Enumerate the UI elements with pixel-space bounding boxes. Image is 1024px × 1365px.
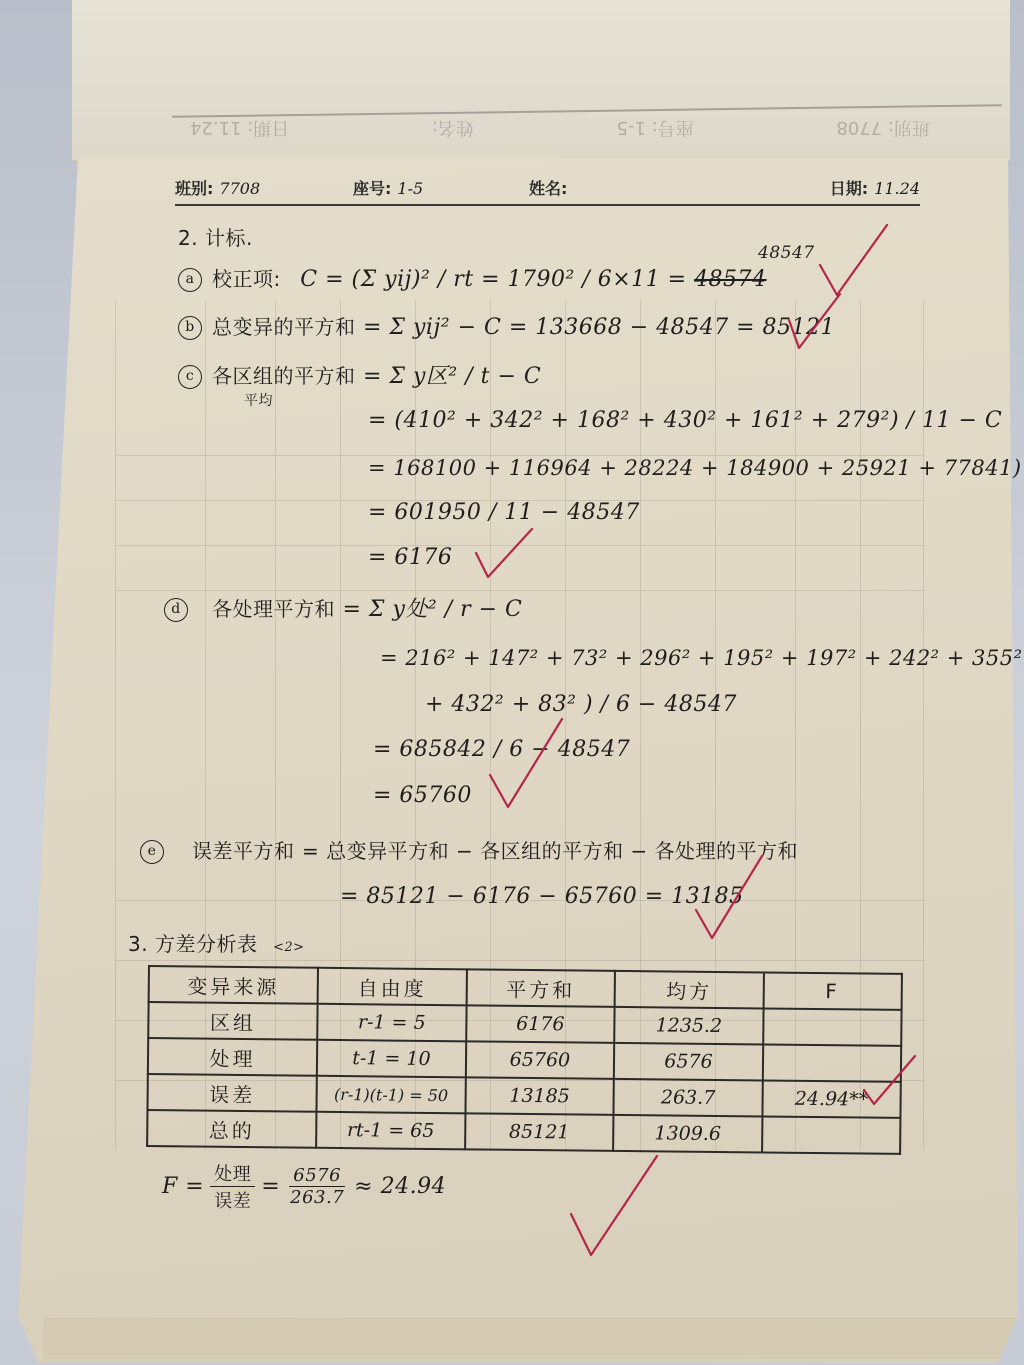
step-b-label: 总变异的平方和 [212,315,356,339]
step-c-line-1: = (410² + 342² + 168² + 430² + 161² + 27… [368,408,1002,433]
step-c-formula: = Σ y区² / t − C [363,364,541,389]
table-cell: t-1 = 10 [317,1040,466,1078]
name-field: 姓名: [529,176,729,199]
f-statistic-formula: F = 处理 误差 = 6576 263.7 ≈ 24.94 [162,1160,446,1213]
step-c-label: 各区组的平方和 [212,364,356,388]
seat-label: 座号: [353,176,391,199]
class-label: 班别: [175,176,213,199]
table-cell: 区组 [148,1002,318,1040]
anova-table: 变异来源 自由度 平方和 均方 F 区组 r-1 = 5 6176 1235.2… [146,965,903,1155]
page-header: 班别: 7708 座号: 1-5 姓名: 日期: 11.24 [175,170,920,206]
step-a-correction-term: a校正项: C = (Σ yij)² / rt = 1790² / 6×11 =… [178,263,767,292]
step-d-treatment-ss: d各处理平方和 = Σ y处² / r − C [164,592,522,623]
table-cell [763,1044,902,1081]
f-num-label: 处理 [210,1160,255,1187]
seat-value: 1-5 [397,179,423,198]
step-d-line-3: = 685842 / 6 − 48547 [373,737,630,762]
step-d-formula: = Σ y处² / r − C [343,597,523,622]
table-cell: 总的 [147,1110,317,1148]
name-label: 姓名: [529,176,567,199]
step-a-formula: C = (Σ yij)² / rt = 1790² / 6×11 = [300,267,686,292]
table-cell: 处理 [148,1038,318,1076]
step-b-total-ss: b总变异的平方和 = Σ yij² − C = 133668 − 48547 =… [178,311,835,340]
previous-page-header: 班别: 7708 座号: 1-5 姓名: 日期: 11.24 [190,116,930,142]
table-cell: 1309.6 [613,1115,762,1153]
section-3-title: 3. 方差分析表 <2> [128,928,305,957]
step-a-corrected-value: 48547 [758,243,815,263]
f-lhs: F = [162,1174,204,1199]
step-marker-d: d [164,598,188,622]
table-cell: rt-1 = 65 [316,1112,465,1150]
table-cell: 1235.2 [614,1007,763,1045]
table-cell: 65760 [466,1041,615,1079]
table-cell: 85121 [465,1113,614,1151]
table-cell: 误差 [147,1074,317,1112]
f-den-label: 误差 [210,1187,255,1213]
step-d-result: = 65760 [373,783,472,808]
column-header: 变异来源 [149,966,319,1004]
step-e-label: 误差平方和 [192,839,295,863]
column-header: 平方和 [466,969,615,1007]
bleed-through-text: 班别: 7708 座号: 1-5 姓名: 日期: 11.24 [72,0,1010,160]
step-d-label: 各处理平方和 [212,597,335,621]
step-c-line-3: = 601950 / 11 − 48547 [368,500,640,525]
step-c-block-ss: c各区组的平方和 = Σ y区² / t − C [178,359,541,390]
column-header: 自由度 [318,968,467,1006]
step-a-label: 校正项: [212,267,281,291]
class-value: 7708 [219,179,260,198]
table-cell: 6176 [466,1005,615,1043]
table-cell: r-1 = 5 [317,1004,466,1042]
class-field: 班别: 7708 [175,176,353,199]
table-cell: 24.94** [762,1080,901,1117]
seat-field: 座号: 1-5 [353,176,529,199]
step-c-side-note: 平均 [244,390,273,410]
step-e-formula: = 总变异平方和 − 各区组的平方和 − 各处理的平方和 [302,839,798,863]
step-e-line-1: = 85121 − 6176 − 65760 = 13185 [340,884,744,909]
step-c-result: = 6176 [368,545,452,570]
date-label: 日期: [830,176,868,199]
f-result: ≈ 24.94 [354,1174,446,1199]
step-marker-c: c [178,365,202,389]
step-marker-a: a [178,268,202,292]
step-d-line-2: + 432² + 83² ) / 6 − 48547 [425,692,737,717]
f-value-fraction: 6576 263.7 [286,1165,348,1208]
table-cell: 6576 [614,1043,763,1081]
table-cell: (r-1)(t-1) = 50 [317,1076,466,1114]
f-num-value: 6576 [289,1165,345,1187]
date-value: 11.24 [874,179,920,198]
date-field: 日期: 11.24 [830,176,920,199]
table-cell [763,1008,902,1045]
section-2-title: 2. 计标. [178,222,253,251]
previous-notebook-page: 班别: 7708 座号: 1-5 姓名: 日期: 11.24 [72,0,1010,162]
step-marker-e: e [140,840,164,864]
step-b-formula: = Σ yij² − C = 133668 − 48547 = 85121 [363,315,835,340]
f-den-value: 263.7 [286,1187,348,1208]
column-header: F [763,972,902,1009]
table-cell: 13185 [465,1077,614,1115]
column-header: 均方 [615,971,764,1009]
table-row: 总的 rt-1 = 65 85121 1309.6 [147,1110,900,1154]
page-edge [43,1318,1023,1359]
step-c-line-2: = 168100 + 116964 + 28224 + 184900 + 259… [368,456,1024,480]
table-cell: 263.7 [614,1079,763,1117]
step-d-line-1: = 216² + 147² + 73² + 296² + 195² + 197²… [380,646,1024,670]
step-marker-b: b [178,316,202,340]
step-e-error-ss: e误差平方和 = 总变异平方和 − 各区组的平方和 − 各处理的平方和 [140,835,798,864]
table-cell [762,1116,901,1153]
f-label-fraction: 处理 误差 [210,1160,255,1213]
section-3-note: <2> [273,940,305,955]
step-a-struck-value: 48574 [694,267,767,292]
